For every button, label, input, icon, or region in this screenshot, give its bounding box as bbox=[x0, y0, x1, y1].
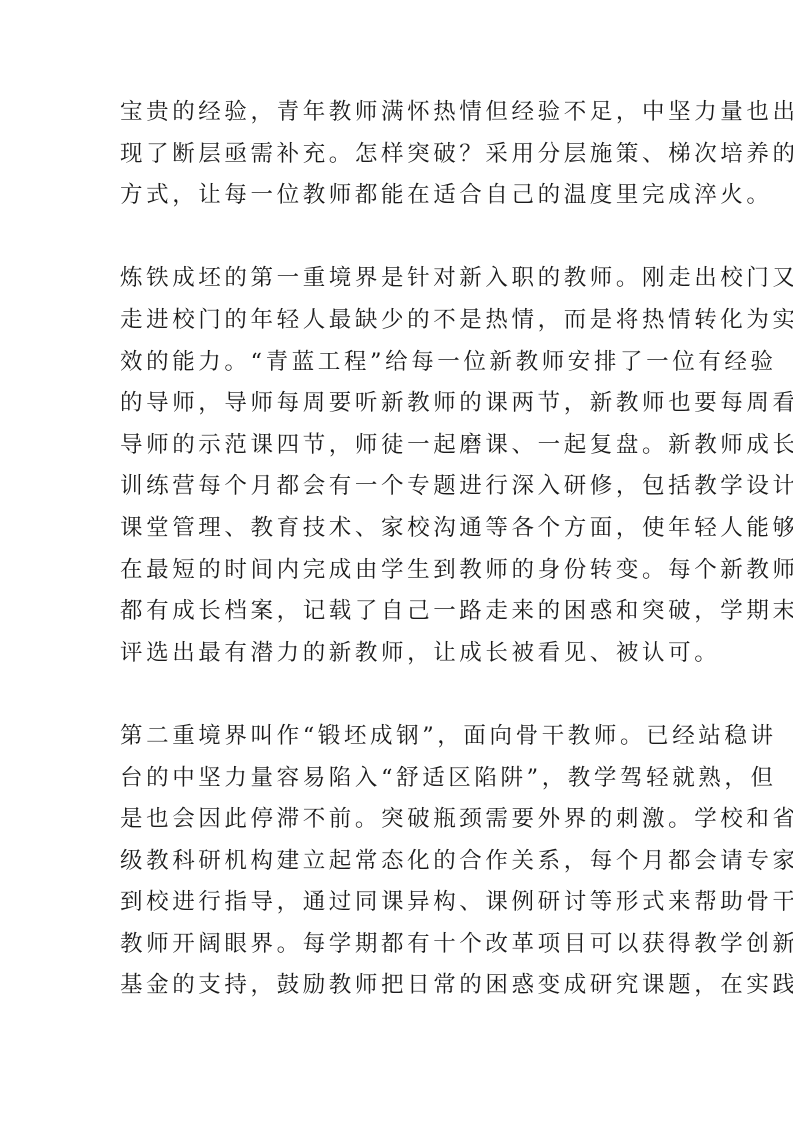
text-line: 效的能力。“青蓝工程”给每一位新教师安排了一位有经验 bbox=[120, 342, 676, 384]
paragraph-2: 炼铁成坯的第一重境界是针对新入职的教师。刚走出校门又 走进校门的年轻人最缺少的不… bbox=[120, 258, 676, 674]
paragraph-1: 宝贵的经验，青年教师满怀热情但经验不足，中坚力量也出 现了断层亟需补充。怎样突破… bbox=[120, 92, 676, 217]
text-line: 现了断层亟需补充。怎样突破？采用分层施策、梯次培养的 bbox=[120, 134, 676, 176]
text-line: 在最短的时间内完成由学生到教师的身份转变。每个新教师 bbox=[120, 550, 676, 592]
text-line: 训练营每个月都会有一个专题进行深入研修，包括教学设计、 bbox=[120, 466, 676, 508]
text-line: 教师开阔眼界。每学期都有十个改革项目可以获得教学创新 bbox=[120, 924, 676, 966]
text-line: 台的中坚力量容易陷入“舒适区陷阱”，教学驾轻就熟，但 bbox=[120, 758, 676, 800]
text-line: 方式，让每一位教师都能在适合自己的温度里完成淬火。 bbox=[120, 175, 676, 217]
text-line: 课堂管理、教育技术、家校沟通等各个方面，使年轻人能够 bbox=[120, 508, 676, 550]
text-line: 宝贵的经验，青年教师满怀热情但经验不足，中坚力量也出 bbox=[120, 92, 676, 134]
text-line: 基金的支持，鼓励教师把日常的困惑变成研究课题，在实践 bbox=[120, 965, 676, 1007]
text-line: 第二重境界叫作“锻坯成钢”，面向骨干教师。已经站稳讲 bbox=[120, 716, 676, 758]
paragraph-3: 第二重境界叫作“锻坯成钢”，面向骨干教师。已经站稳讲 台的中坚力量容易陷入“舒适… bbox=[120, 716, 676, 1007]
text-line: 都有成长档案，记载了自己一路走来的困惑和突破，学期末 bbox=[120, 591, 676, 633]
text-line: 导师的示范课四节，师徒一起磨课、一起复盘。新教师成长 bbox=[120, 425, 676, 467]
text-line: 炼铁成坯的第一重境界是针对新入职的教师。刚走出校门又 bbox=[120, 258, 676, 300]
text-line: 评选出最有潜力的新教师，让成长被看见、被认可。 bbox=[120, 633, 676, 675]
text-line: 级教科研机构建立起常态化的合作关系，每个月都会请专家 bbox=[120, 841, 676, 883]
text-line: 的导师，导师每周要听新教师的课两节，新教师也要每周看 bbox=[120, 383, 676, 425]
text-line: 是也会因此停滞不前。突破瓶颈需要外界的刺激。学校和省 bbox=[120, 799, 676, 841]
document-page: 宝贵的经验，青年教师满怀热情但经验不足，中坚力量也出 现了断层亟需补充。怎样突破… bbox=[120, 92, 676, 1049]
text-line: 走进校门的年轻人最缺少的不是热情，而是将热情转化为实 bbox=[120, 300, 676, 342]
text-line: 到校进行指导，通过同课异构、课例研讨等形式来帮助骨干 bbox=[120, 882, 676, 924]
